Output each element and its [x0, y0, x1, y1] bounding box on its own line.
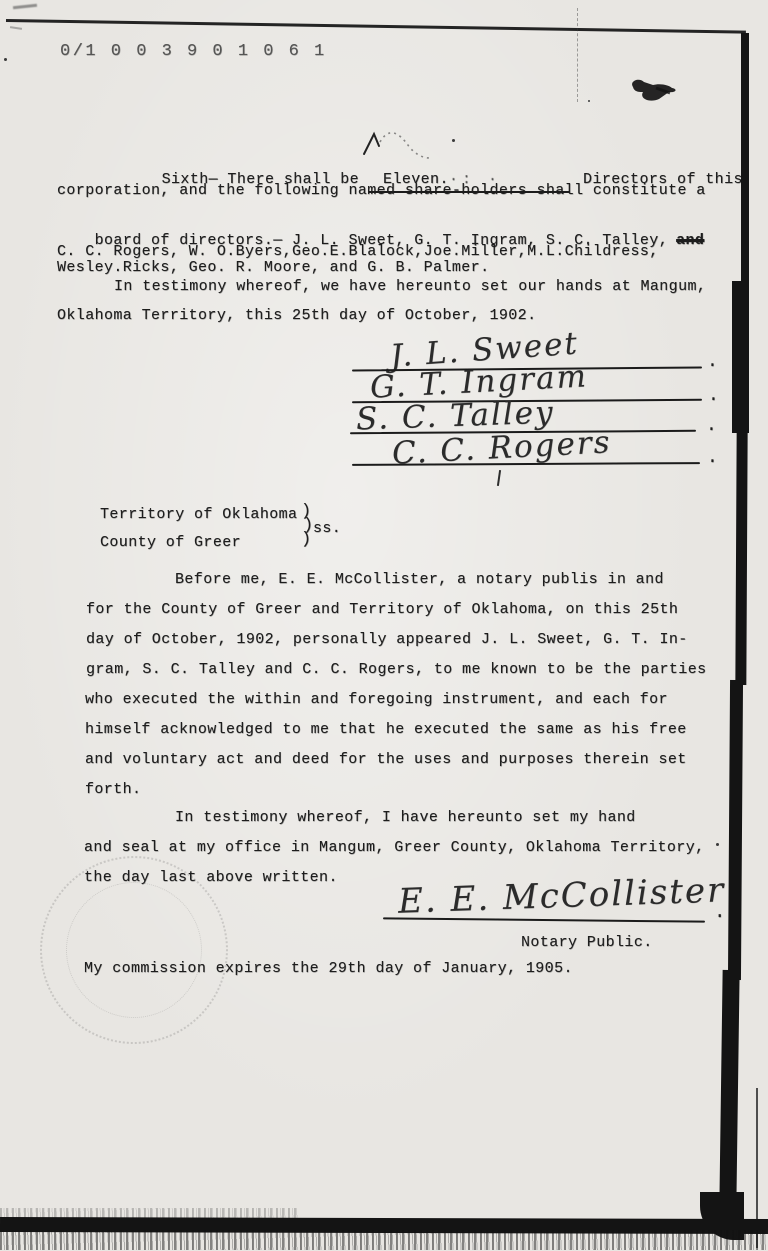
scan-right-edge-e	[719, 970, 739, 1205]
notary-title: Notary Public.	[521, 933, 653, 953]
ink-blot-mark	[626, 76, 684, 106]
acknowledgment-line-1: Before me, E. E. McCollister, a notary p…	[175, 570, 664, 590]
scan-right-edge-a	[741, 33, 749, 283]
signature-rule-3-dot: .	[706, 416, 717, 436]
notary-signature-dot: .	[714, 902, 726, 922]
acknowledgment-line-3: day of October, 1902, personally appeare…	[86, 630, 688, 650]
scan-top-left-mark-2	[10, 26, 22, 30]
acknowledgment-line-4: gram, S. C. Talley and C. C. Rogers, to …	[86, 660, 707, 680]
stamped-document-number: 0/1 0 0 3 9 0 1 0 6 1	[60, 42, 327, 62]
clause-line-wesley: Wesley.Ricks, Geo. R. Moore, and G. B. P…	[57, 258, 489, 278]
scan-bottom-grain-upper	[0, 1208, 300, 1218]
scan-right-edge-c	[735, 430, 747, 685]
ink-speck-3	[588, 100, 590, 102]
pen-check-mark	[358, 124, 438, 162]
notary-testimony-line-2: and seal at my office in Mangum, Greer C…	[84, 838, 705, 858]
testimony-shareholders-line2: Oklahoma Territory, this 25th day of Oct…	[57, 306, 536, 326]
clause-line-corporation: corporation, and the following named sha…	[57, 181, 706, 201]
venue-brace-bottom: )	[301, 530, 312, 550]
scanned-document-page: 0/1 0 0 3 9 0 1 0 6 1 Sixth— There shall…	[0, 0, 768, 1251]
notary-signature-e-e-mccollister: E. E. McCollister	[397, 870, 726, 921]
scan-bottom-grain	[0, 1230, 768, 1250]
signature-rule-1-dot: .	[707, 352, 718, 372]
acknowledgment-line-2: for the County of Greer and Territory of…	[86, 600, 678, 620]
venue-territory-line: Territory of Oklahoma	[100, 505, 297, 525]
scan-right-edge-d	[728, 680, 743, 980]
notary-seal-inner-ring	[52, 868, 217, 1033]
scan-right-edge-b	[732, 281, 749, 433]
scan-dashed-fold-line	[577, 8, 578, 102]
ink-speck-1	[4, 58, 7, 61]
struck-word-and: and	[676, 232, 704, 249]
ink-speck-2	[452, 139, 455, 142]
signature-rule-4	[352, 462, 700, 466]
acknowledgment-line-6: himself acknowledged to me that he execu…	[85, 720, 687, 740]
signature-rule-4-dot: .	[707, 448, 718, 468]
venue-county-line: County of Greer	[100, 533, 241, 553]
scan-top-left-mark	[13, 4, 37, 9]
notary-testimony-line-1: In testimony whereof, I have hereunto se…	[175, 808, 636, 828]
ink-speck-4	[716, 843, 719, 846]
signature-rule-2-dot: .	[708, 386, 719, 406]
commission-expiry-line: My commission expires the 29th day of Ja…	[84, 959, 573, 979]
acknowledgment-line-8: forth.	[85, 780, 141, 800]
venue-ss-label: ss.	[313, 519, 341, 539]
acknowledgment-line-5: who executed the within and foregoing in…	[85, 690, 668, 710]
testimony-shareholders-line1: In testimony whereof, we have hereunto s…	[114, 277, 706, 297]
scan-top-edge-line	[6, 19, 746, 33]
acknowledgment-line-7: and voluntary act and deed for the uses …	[85, 750, 687, 770]
pen-flick-mark	[497, 470, 501, 486]
